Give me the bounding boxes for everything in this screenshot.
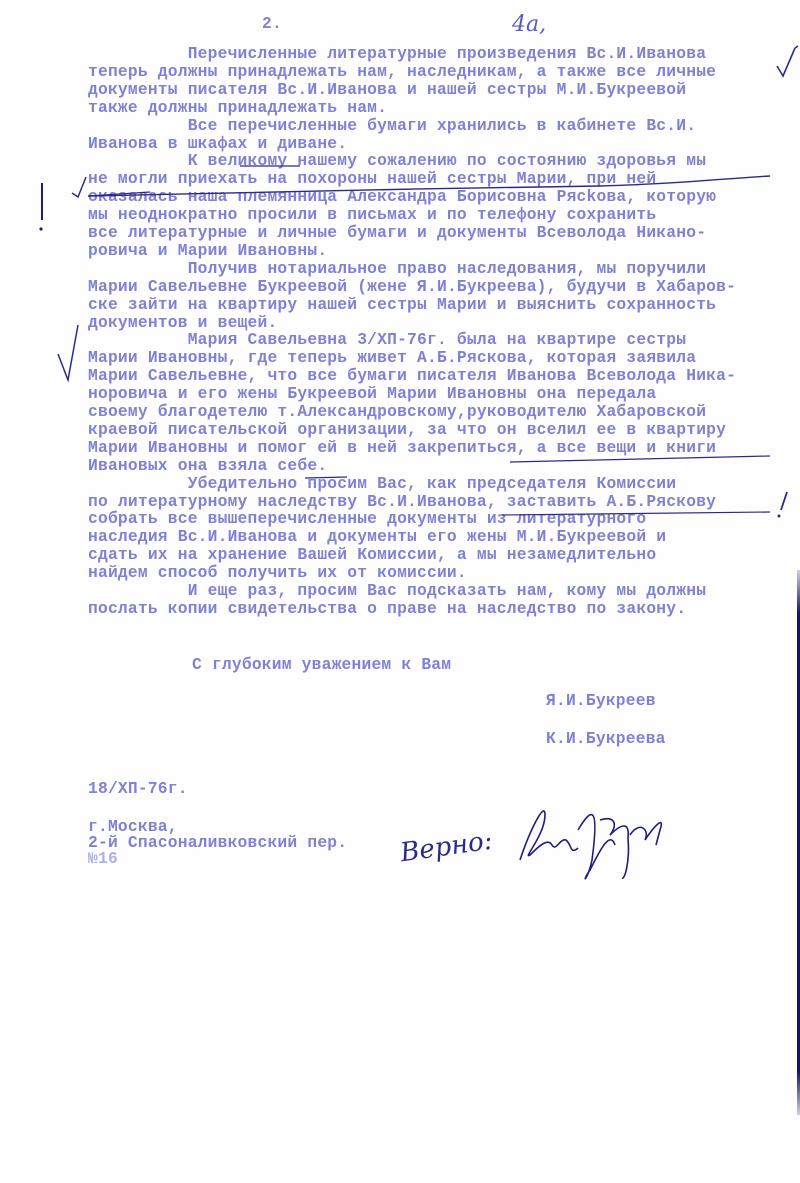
check-mark-icon — [58, 325, 78, 380]
document-page: 2. 4а, Перечисленные литературные произв… — [0, 0, 800, 1183]
underline-stroke — [510, 456, 770, 462]
underline-stroke — [88, 176, 770, 196]
underline-stroke — [502, 512, 770, 515]
handwritten-marks — [0, 0, 800, 1183]
handwritten-signature — [520, 811, 661, 879]
underline-stroke — [305, 477, 347, 478]
check-mark-icon — [72, 177, 86, 197]
check-mark-icon — [777, 46, 798, 76]
exclamation-mark-icon — [781, 492, 787, 510]
